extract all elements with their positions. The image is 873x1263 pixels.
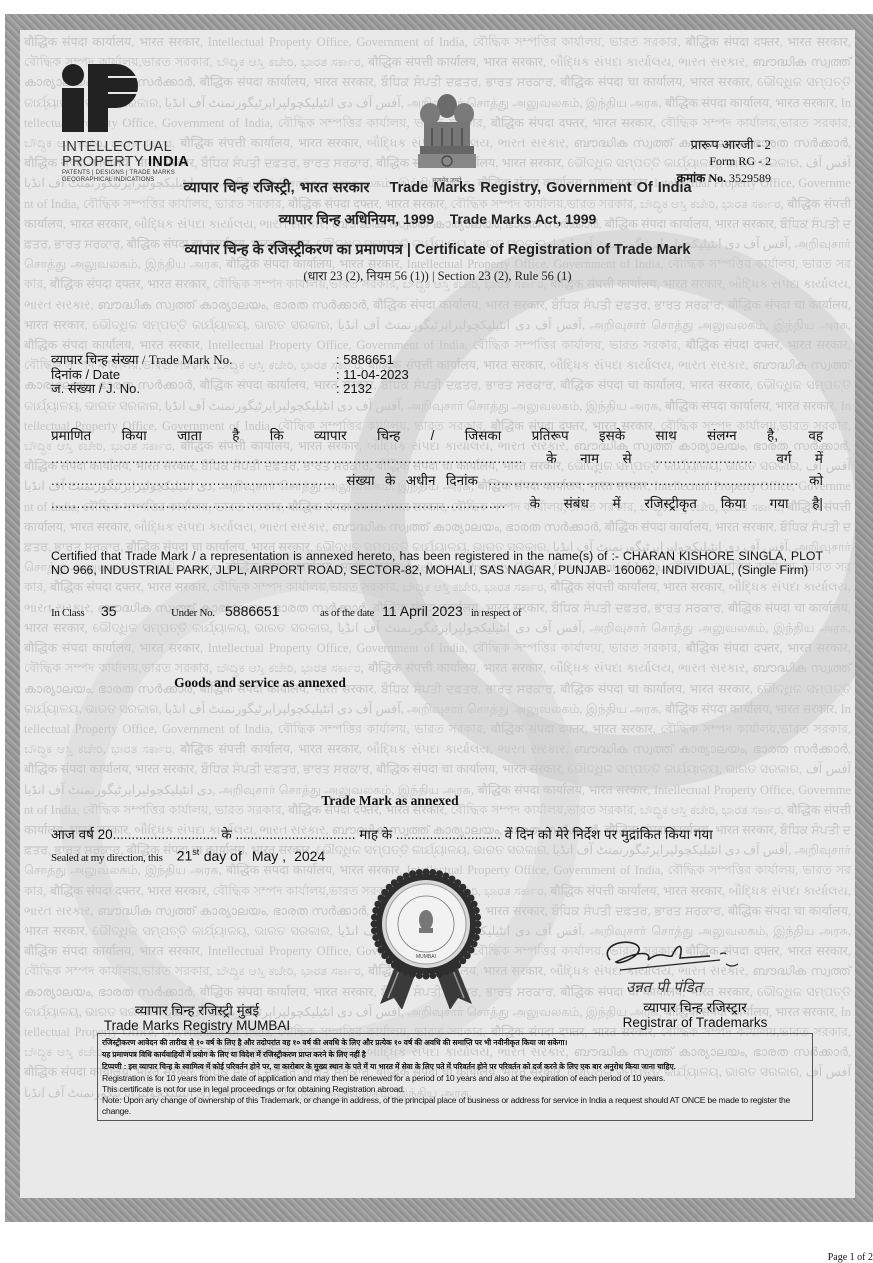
hindi-word: जिसका — [465, 425, 502, 448]
note-hindi-3: टिप्पणी : इस व्यापार चिन्ह के स्वामित्व … — [102, 1061, 808, 1073]
under-no-value: 5886651 — [225, 603, 320, 619]
registration-date: 11 April 2023 — [382, 603, 463, 619]
note-english-2: This certificate is not for use in legal… — [102, 1084, 808, 1095]
hindi-word: साथ — [655, 425, 676, 448]
hindi-word: को — [809, 470, 823, 493]
hindi-line-1: प्रमाणितकियाजाताहैकिव्यापारचिन्ह/जिसकाप्… — [51, 425, 823, 448]
certificate-title: व्यापार चिन्ह के रजिस्ट्रीकरण का प्रमाणप… — [20, 239, 855, 259]
section-reference: (धारा 23 (2), नियम 56 (1)) | Section 23 … — [20, 267, 855, 284]
notes-box: रजिस्ट्रीकरण आवेदन की तारीख से १० वर्ष क… — [97, 1033, 813, 1121]
blank-fill-line: ........................................… — [488, 470, 798, 493]
hindi-line-3: ........................................… — [51, 470, 823, 493]
hindi-word: के — [530, 493, 540, 516]
blank-fill-line: ........................................… — [51, 448, 523, 471]
certificate-sheet: बौद्धिक संपदा कार्यालय, भारत सरकार, Inte… — [20, 30, 855, 1198]
class-line: In Class 35 Under No. 5886651 as of the … — [51, 603, 521, 619]
hindi-word: के — [546, 448, 556, 471]
english-certification: Certified that Trade Mark / a representa… — [51, 550, 823, 577]
sealed-english: Sealed at my direction, this 21st day of… — [51, 847, 325, 866]
note-hindi-2: यह प्रमाणपत्र विधि कार्यवाहियों में प्रय… — [102, 1049, 808, 1061]
hindi-word: है| — [812, 493, 823, 516]
hindi-word: वर्ग — [776, 448, 791, 471]
trademark-annexed: Trade Mark as annexed — [20, 793, 760, 809]
hindi-word: / — [431, 425, 435, 448]
hindi-word: किया — [122, 425, 147, 448]
goods-annexed: Goods and service as annexed — [20, 675, 500, 691]
hindi-word: से — [623, 448, 632, 471]
registry-title: व्यापार चिन्ह रजिस्ट्री, भारत सरकार Trad… — [20, 177, 855, 197]
hindi-word: प्रमाणित — [51, 425, 91, 448]
hindi-word: में — [815, 448, 823, 471]
hindi-line-4: ........................................… — [51, 493, 823, 516]
hindi-word: संख्या — [346, 470, 374, 493]
registrar-title-english: Registrar of Trademarks — [580, 1015, 810, 1030]
detail-row-j-no: ज. संख्या / J. No. : 2132 — [51, 382, 409, 397]
hindi-word: अधीन — [406, 470, 436, 493]
blank-fill-line: ........................................… — [51, 493, 506, 516]
hindi-word: किया — [721, 493, 746, 516]
hindi-word: है — [232, 425, 239, 448]
hindi-word: नाम — [580, 448, 599, 471]
hindi-line-2: ........................................… — [51, 448, 823, 471]
hindi-word: में — [613, 493, 621, 516]
svg-text:MUMBAI: MUMBAI — [416, 954, 436, 960]
hindi-word: दिनांक — [446, 470, 478, 493]
hindi-word: है, — [767, 425, 778, 448]
detail-row-tm-no: व्यापार चिन्ह संख्या / Trade Mark No. : … — [51, 353, 409, 368]
registry-seal: MUMBAI — [366, 864, 486, 1009]
ip-india-logo-icon — [62, 62, 134, 134]
trade-mark-details: व्यापार चिन्ह संख्या / Trade Mark No. : … — [51, 353, 409, 397]
note-hindi-1: रजिस्ट्रीकरण आवेदन की तारीख से १० वर्ष क… — [102, 1037, 808, 1049]
blank-fill-line: ....................... — [655, 448, 753, 471]
hindi-word: व्यापार — [314, 425, 347, 448]
page-number: Page 1 of 2 — [828, 1252, 873, 1263]
logo-line-3: PATENTS | DESIGNS | TRADE MARKS — [62, 170, 212, 177]
form-hindi: प्रारूप आरजी - 2 — [677, 137, 771, 153]
note-english-3: Note: Upon any change of ownership of th… — [102, 1095, 808, 1117]
registrar-signature-icon: उन्नत पी पंडित — [580, 930, 810, 1002]
hindi-word: के — [385, 470, 395, 493]
registry-location-english: Trade Marks Registry MUMBAI — [102, 1018, 292, 1033]
note-english-1: Registration is for 10 years from the da… — [102, 1073, 808, 1084]
hindi-word: कि — [270, 425, 284, 448]
hindi-certification: प्रमाणितकियाजाताहैकिव्यापारचिन्ह/जिसकाप्… — [51, 425, 823, 515]
registry-seal-rosette-icon: MUMBAI — [366, 864, 486, 1009]
registry-location: व्यापार चिन्ह रजिस्ट्री मुंबई Trade Mark… — [102, 1003, 292, 1033]
state-emblem: सत्यमेव जयते — [412, 84, 482, 184]
registrar-signature: उन्नत पी पंडित — [580, 930, 810, 1000]
state-emblem-icon — [412, 84, 482, 176]
sealed-year: 2024 — [294, 848, 325, 864]
logo-line-1: INTELLECTUAL — [62, 140, 212, 155]
hindi-word: संलग्न — [707, 425, 737, 448]
sealed-day: 21st — [177, 847, 200, 864]
registrar-title-hindi: व्यापार चिन्ह रजिस्ट्रार — [580, 1000, 810, 1015]
hindi-word: गया — [770, 493, 789, 516]
class-value: 35 — [101, 603, 171, 619]
act-title: व्यापार चिन्ह अधिनियम, 1999 Trade Marks … — [20, 210, 855, 229]
hindi-word: रजिस्ट्रीकृत — [644, 493, 697, 516]
hindi-word: वह — [808, 425, 823, 448]
registry-location-hindi: व्यापार चिन्ह रजिस्ट्री मुंबई — [102, 1003, 292, 1018]
svg-text:उन्नत पी पंडित: उन्नत पी पंडित — [626, 978, 706, 996]
hindi-word: इसके — [599, 425, 625, 448]
sealed-hindi: आज वर्ष 20............................ क… — [51, 825, 713, 843]
form-english: Form RG - 2 — [677, 153, 771, 169]
detail-row-date: दिनांक / Date : 11-04-2023 — [51, 368, 409, 383]
hindi-word: संबंध — [564, 493, 589, 516]
blank-fill-line: ........................................… — [51, 470, 336, 493]
sealed-month: May , — [252, 848, 286, 864]
hindi-word: जाता — [177, 425, 202, 448]
hindi-word: प्रतिरूप — [532, 425, 569, 448]
registrar-block: उन्नत पी पंडित व्यापार चिन्ह रजिस्ट्रार … — [580, 930, 810, 1030]
hindi-word: चिन्ह — [377, 425, 400, 448]
ip-india-logo: INTELLECTUAL PROPERTY INDIA PATENTS | DE… — [62, 62, 212, 184]
logo-line-2: PROPERTY INDIA — [62, 155, 212, 170]
